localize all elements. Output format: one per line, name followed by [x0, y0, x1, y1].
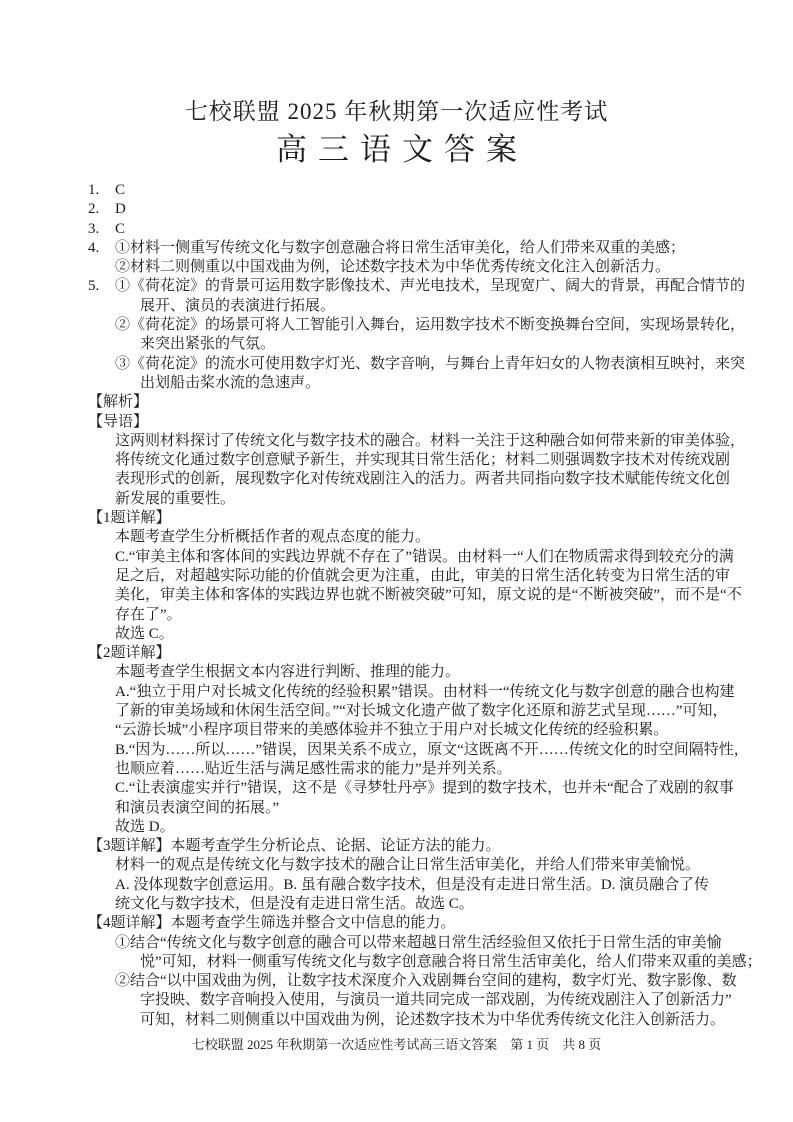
- line-text: 表现形式的创新，展现数字化对传统戏剧注入的活力。两者共同指向数字技术赋能传统文化…: [115, 471, 730, 487]
- line-text: 将传统文化通过数字创意赋予新生，并实现其日常生活化；材料二则强调数字技术对传统戏…: [115, 452, 730, 468]
- body-line: 故选 D。: [88, 818, 728, 837]
- line-text: 也顺应着……贴近生活与满足感性需求的能力”是并列关系。: [115, 761, 512, 777]
- answer-item-line: 3.C: [88, 220, 728, 239]
- line-text: 出划船击桨水流的急速声。: [140, 375, 320, 391]
- body-line: 字投映、数字音响投入使用，与演员一道共同完成一部戏剧，为传统戏剧注入了创新活力”: [88, 991, 728, 1010]
- line-text: A.“独立于用户对长城文化传统的经验积累”错误。由材料一“传统文化与数字创意的融…: [115, 684, 735, 700]
- body-line: ②结合“以中国戏曲为例，让数字技术深度介入戏剧舞台空间的建构，数字灯光、数字影像…: [88, 972, 728, 991]
- item-number: 4.: [88, 239, 115, 258]
- line-text: ②材料二则侧重以中国戏曲为例，论述数字技术为中华优秀传统文化注入创新活力。: [115, 259, 670, 275]
- line-text: “云游长城”小程序项目带来的美感体验并不独立于用户对长城文化传统的经验积累。: [115, 722, 668, 738]
- body-line: 新发展的重要性。: [88, 490, 728, 509]
- body-line: C.“审美主体和客体间的实践边界就不存在了”错误。由材料一“人们在物质需求得到较…: [88, 548, 728, 567]
- item-number: 1.: [88, 181, 115, 200]
- exam-title: 七校联盟 2025 年秋期第一次适应性考试: [0, 0, 793, 127]
- line-text: 这两则材料探讨了传统文化与数字技术的融合。材料一关注于这种融合如何带来新的审美体…: [115, 433, 745, 449]
- body-line: 【导语】: [88, 413, 728, 432]
- line-text: 故选 C。: [115, 626, 174, 642]
- body-line: 存在了”。: [88, 606, 728, 625]
- body-line: A. 没体现数字创意运用。B. 虽有融合数字技术，但是没有走进日常生活。D. 演…: [88, 876, 728, 895]
- line-text: 【1题详解】: [88, 510, 171, 526]
- body-line: 【4题详解】本题考查学生筛选并整合文中信息的能力。: [88, 914, 728, 933]
- line-text: ③《荷花淀》的流水可使用数字灯光、数字音响，与舞台上青年妇女的人物表演相互映衬，…: [115, 356, 745, 372]
- line-text: C: [115, 221, 125, 237]
- line-text: 【2题详解】: [88, 645, 171, 661]
- body-line: 足之后，对超越实际功能的价值就会更为注重，由此，审美的日常生活化转变为日常生活的…: [88, 567, 728, 586]
- line-text: 材料一的观点是传统文化与数字技术的融合让日常生活审美化，并给人们带来审美愉悦。: [115, 857, 700, 873]
- line-text: 来突出紧张的气氛。: [140, 336, 275, 352]
- line-text: ②结合“以中国戏曲为例，让数字技术深度介入戏剧舞台空间的建构，数字灯光、数字影像…: [115, 973, 737, 989]
- line-text: 可知，材料二则侧重以中国戏曲为例，论述数字技术为中华优秀传统文化注入创新活力。: [140, 1012, 725, 1028]
- body-line: 本题考查学生分析概括作者的观点态度的能力。: [88, 528, 728, 547]
- body-line: A.“独立于用户对长城文化传统的经验积累”错误。由材料一“传统文化与数字创意的融…: [88, 683, 728, 702]
- line-text: 字投映、数字音响投入使用，与演员一道共同完成一部戏剧，为传统戏剧注入了创新活力”: [140, 992, 732, 1008]
- body-line: 可知，材料二则侧重以中国戏曲为例，论述数字技术为中华优秀传统文化注入创新活力。: [88, 1011, 728, 1030]
- line-text: 统文化与数字技术，但是没有走进日常生活。故选 C。: [115, 896, 474, 912]
- body-line: 表现形式的创新，展现数字化对传统戏剧注入的活力。两者共同指向数字技术赋能传统文化…: [88, 470, 728, 489]
- line-text: ①《荷花淀》的背景可运用数字影像技术、声光电技术，呈现宽广、阔大的背景，再配合情…: [115, 278, 745, 294]
- body-line: 也顺应着……贴近生活与满足感性需求的能力”是并列关系。: [88, 760, 728, 779]
- body-line: 和演员表演空间的拓展。”: [88, 799, 728, 818]
- line-text: 了新的审美场域和休闲生活空间。”“对长城文化遗产做了数字化还原和游艺式呈现……”…: [115, 703, 727, 719]
- line-text: 本题考查学生根据文本内容进行判断、推理的能力。: [115, 664, 460, 680]
- line-text: 悦”可知，材料一侧重写传统文化与数字创意融合将日常生活审美化，给人们带来双重的美…: [140, 954, 762, 970]
- body-line: C.“让表演虚实并行”错误，这不是《寻梦牡丹亭》提到的数字技术，也并未“配合了戏…: [88, 779, 728, 798]
- page-subtitle: 高三语文答案: [0, 129, 793, 171]
- body-line: B.“因为……所以……”错误，因果关系不成立，原文“这既离不开……传统文化的时空…: [88, 741, 728, 760]
- body-line: ①结合“传统文化与数字创意的融合可以带来超越日常生活经验但又依托于日常生活的审美…: [88, 934, 728, 953]
- line-text: ②《荷花淀》的场景可将人工智能引入舞台，运用数字技术不断变换舞台空间，实现场景转…: [115, 317, 745, 333]
- body-line: 【2题详解】: [88, 644, 728, 663]
- body-line: 美化，审美主体和客体的实践边界也就不断被突破”可知，原文说的是“不断被突破”，而…: [88, 586, 728, 605]
- line-text: ①材料一侧重写传统文化与数字创意融合将日常生活审美化，给人们带来双重的美感；: [115, 240, 685, 256]
- body-line: ③《荷花淀》的流水可使用数字灯光、数字音响，与舞台上青年妇女的人物表演相互映衬，…: [88, 355, 728, 374]
- body-line: 【3题详解】本题考查学生分析论点、论据、论证方法的能力。: [88, 837, 728, 856]
- body-line: 来突出紧张的气氛。: [88, 335, 728, 354]
- exam-answer-page: 七校联盟 2025 年秋期第一次适应性考试 高三语文答案 1.C2.D3.C4.…: [0, 0, 793, 1122]
- line-text: 新发展的重要性。: [115, 491, 235, 507]
- answer-item-line: 2.D: [88, 200, 728, 219]
- body-line: 故选 C。: [88, 625, 728, 644]
- line-text: 足之后，对超越实际功能的价值就会更为注重，由此，审美的日常生活化转变为日常生活的…: [115, 568, 730, 584]
- line-text: 和演员表演空间的拓展。”: [115, 800, 279, 816]
- line-text: ①结合“传统文化与数字创意的融合可以带来超越日常生活经验但又依托于日常生活的审美…: [115, 935, 722, 951]
- item-number: 3.: [88, 220, 115, 239]
- line-text: 【导语】: [88, 414, 148, 430]
- body-line: 这两则材料探讨了传统文化与数字技术的融合。材料一关注于这种融合如何带来新的审美体…: [88, 432, 728, 451]
- body-line: 【1题详解】: [88, 509, 728, 528]
- answer-body: 1.C2.D3.C4.①材料一侧重写传统文化与数字创意融合将日常生活审美化，给人…: [88, 181, 728, 1030]
- line-text: C.“让表演虚实并行”错误，这不是《寻梦牡丹亭》提到的数字技术，也并未“配合了戏…: [115, 780, 734, 796]
- body-line: 本题考查学生根据文本内容进行判断、推理的能力。: [88, 663, 728, 682]
- body-line: 材料一的观点是传统文化与数字技术的融合让日常生活审美化，并给人们带来审美愉悦。: [88, 856, 728, 875]
- body-line: “云游长城”小程序项目带来的美感体验并不独立于用户对长城文化传统的经验积累。: [88, 721, 728, 740]
- answer-item-line: 5.①《荷花淀》的背景可运用数字影像技术、声光电技术，呈现宽广、阔大的背景，再配…: [88, 277, 728, 296]
- line-text: C.“审美主体和客体间的实践边界就不存在了”错误。由材料一“人们在物质需求得到较…: [115, 549, 734, 565]
- line-text: 【3题详解】本题考查学生分析论点、论据、论证方法的能力。: [88, 838, 501, 854]
- body-line: 了新的审美场域和休闲生活空间。”“对长城文化遗产做了数字化还原和游艺式呈现……”…: [88, 702, 728, 721]
- body-line: 【解析】: [88, 393, 728, 412]
- line-text: 美化，审美主体和客体的实践边界也就不断被突破”可知，原文说的是“不断被突破”，而…: [115, 587, 742, 603]
- body-line: ②材料二则侧重以中国戏曲为例，论述数字技术为中华优秀传统文化注入创新活力。: [88, 258, 728, 277]
- line-text: 【4题详解】本题考查学生筛选并整合文中信息的能力。: [88, 915, 456, 931]
- body-line: 将传统文化通过数字创意赋予新生，并实现其日常生活化；材料二则强调数字技术对传统戏…: [88, 451, 728, 470]
- line-text: 存在了”。: [115, 607, 182, 623]
- line-text: 【解析】: [88, 394, 148, 410]
- item-number: 2.: [88, 200, 115, 219]
- line-text: B.“因为……所以……”错误，因果关系不成立，原文“这既离不开……传统文化的时空…: [115, 742, 749, 758]
- page-footer: 七校联盟 2025 年秋期第一次适应性考试高三语文答案 第 1 页 共 8 页: [0, 1036, 793, 1053]
- answer-item-line: 4.①材料一侧重写传统文化与数字创意融合将日常生活审美化，给人们带来双重的美感；: [88, 239, 728, 258]
- line-text: 故选 D。: [115, 819, 175, 835]
- body-line: 出划船击桨水流的急速声。: [88, 374, 728, 393]
- line-text: 展开、演员的表演进行拓展。: [140, 298, 335, 314]
- item-number: 5.: [88, 277, 115, 296]
- body-line: 统文化与数字技术，但是没有走进日常生活。故选 C。: [88, 895, 728, 914]
- body-line: 悦”可知，材料一侧重写传统文化与数字创意融合将日常生活审美化，给人们带来双重的美…: [88, 953, 728, 972]
- line-text: D: [115, 201, 126, 217]
- body-line: 展开、演员的表演进行拓展。: [88, 297, 728, 316]
- body-line: ②《荷花淀》的场景可将人工智能引入舞台，运用数字技术不断变换舞台空间，实现场景转…: [88, 316, 728, 335]
- line-text: A. 没体现数字创意运用。B. 虽有融合数字技术，但是没有走进日常生活。D. 演…: [115, 877, 709, 893]
- answer-item-line: 1.C: [88, 181, 728, 200]
- line-text: 本题考查学生分析概括作者的观点态度的能力。: [115, 529, 430, 545]
- line-text: C: [115, 182, 125, 198]
